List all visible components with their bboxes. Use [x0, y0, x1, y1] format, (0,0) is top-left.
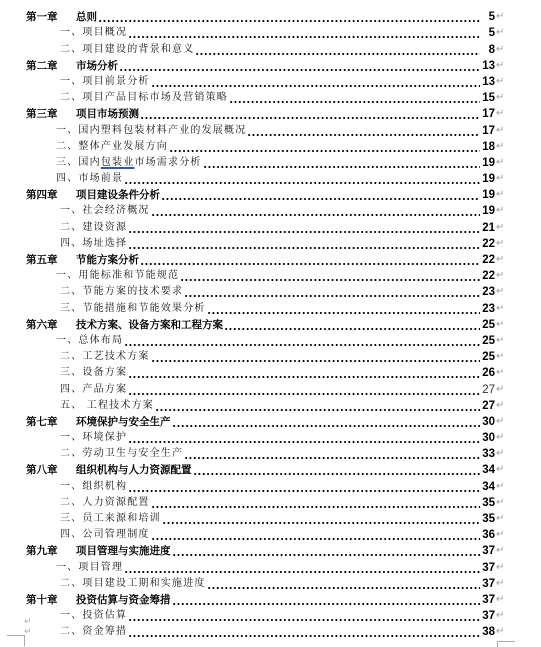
toc-entry-title-wrap: 第四章项目建设条件分析	[26, 188, 481, 202]
paragraph-mark-icon: ↵	[496, 528, 506, 542]
page-number: 23	[481, 285, 495, 299]
toc-section-entry[interactable]: 一、投资估算37↵	[26, 607, 506, 623]
toc-entry-title-wrap: 第五章节能方案分析	[26, 253, 481, 267]
page-number: 23	[481, 302, 495, 316]
chapter-number: 第七章	[26, 415, 76, 429]
toc-chapter-entry[interactable]: 第七章环境保护与安全生产30↵	[26, 413, 506, 429]
paragraph-mark-icon: ↵	[496, 140, 506, 154]
paragraph-mark-icon: ↵	[496, 561, 506, 575]
toc-entry-title: 一、项目概况	[60, 26, 127, 40]
dot-leader	[180, 270, 480, 282]
toc-entry-title: 三、设备方案	[60, 366, 127, 380]
page-number: 19	[481, 156, 495, 170]
toc-entry-title: 一、项目前景分析	[60, 75, 150, 89]
paragraph-mark-icon: ↵	[496, 383, 506, 397]
toc-chapter-entry[interactable]: 第三章项目市场预测17↵	[26, 105, 506, 121]
toc-section-entry[interactable]: 二、项目建设的背景和意义8↵	[26, 40, 506, 56]
dot-leader	[155, 400, 480, 412]
toc-section-entry[interactable]: 一、总体布局25↵	[26, 332, 506, 348]
toc-entry-title: 一、组织机构	[60, 480, 127, 494]
toc-entry-title: 技术方案、设备方案和工程方案	[76, 318, 223, 332]
toc-section-entry[interactable]: 二、节能方案的技术要求23↵	[26, 283, 506, 299]
page-number: 22	[481, 253, 495, 267]
toc-entry-title-wrap: 第三章项目市场预测	[26, 107, 481, 121]
dot-leader	[128, 626, 480, 638]
toc-entry-title-wrap: 一、总体布局	[56, 334, 481, 348]
toc-entry-title-wrap: 一、投资估算	[60, 609, 481, 623]
dot-leader	[124, 335, 480, 347]
paragraph-mark-icon: ↵	[496, 43, 506, 57]
paragraph-mark-icon: ↵	[496, 577, 506, 591]
page-number: 27	[481, 383, 495, 397]
empty-paragraph-mark: ↵	[24, 627, 32, 637]
toc-entry-title: 环境保护与安全生产	[76, 415, 171, 429]
toc-entry-title-wrap: 二、项目建设的背景和意义	[60, 43, 481, 57]
page-number: 22	[481, 237, 495, 251]
toc-section-entry[interactable]: 二、工艺技术方案25↵	[26, 348, 506, 364]
page-number: 25	[481, 334, 495, 348]
dot-leader	[184, 286, 480, 298]
toc-chapter-entry[interactable]: 第六章技术方案、设备方案和工程方案25↵	[26, 316, 506, 332]
toc-section-entry[interactable]: 一、环境保护30↵	[26, 429, 506, 445]
toc-entry-title: 项目市场预测	[76, 107, 139, 121]
dot-leader	[161, 189, 480, 201]
dot-leader	[128, 610, 480, 622]
toc-entry-title: 二、人力资源配置	[60, 496, 150, 510]
dot-leader	[151, 529, 480, 541]
toc-entry-title: 四、产品方案	[60, 383, 127, 397]
page-number: 19	[481, 188, 495, 202]
paragraph-mark-icon: ↵	[496, 544, 506, 558]
dot-leader	[247, 125, 480, 137]
dot-leader	[128, 27, 480, 39]
toc-entry-title: 二、劳动卫生与安全生产	[60, 447, 183, 461]
toc-entry-title-wrap: 二、建设资源	[60, 221, 481, 235]
toc-entry-title: 四、市场前景	[56, 172, 123, 186]
page-number: 37	[481, 577, 495, 591]
chapter-number: 第八章	[26, 463, 76, 477]
toc-entry-title: 一、用能标准和节能规范	[56, 269, 179, 283]
toc-section-entry[interactable]: 五、 工程技术方案27↵	[26, 397, 506, 413]
toc-chapter-entry[interactable]: 第一章总则5↵	[26, 8, 506, 24]
toc-entry-title: 一、社会经济概况	[60, 204, 150, 218]
toc-entry-title: 总则	[76, 10, 97, 24]
toc-section-entry[interactable]: 四、产品方案27↵	[26, 380, 506, 396]
page-number: 30	[481, 431, 495, 445]
toc-section-entry[interactable]: 一、项目前景分析13↵	[26, 73, 506, 89]
toc-section-entry[interactable]: 一、国内塑料包装材料产业的发展概况17↵	[26, 121, 506, 137]
page-number: 37	[481, 561, 495, 575]
dot-leader	[172, 416, 481, 428]
page-corner-marker-right	[497, 641, 515, 647]
toc-entry-title-wrap: 一、项目管理	[56, 561, 481, 575]
toc-section-entry[interactable]: 三、员工来源和培训35↵	[26, 510, 506, 526]
page-number: 17	[481, 107, 495, 121]
paragraph-mark-icon: ↵	[496, 26, 506, 40]
dot-leader	[140, 254, 480, 266]
paragraph-mark-icon: ↵	[496, 399, 506, 413]
toc-section-entry[interactable]: 二、项目建设工期和实施进度37↵	[26, 575, 506, 591]
toc-entry-title: 三、员工来源和培训	[60, 512, 161, 526]
toc-entry-title: 项目管理与实施进度	[76, 544, 171, 558]
toc-section-entry[interactable]: 二、人力资源配置35↵	[26, 494, 506, 510]
toc-entry-title-wrap: 一、项目前景分析	[60, 75, 481, 89]
page-number: 37	[481, 593, 495, 607]
paragraph-mark-icon: ↵	[496, 318, 506, 332]
chapter-number: 第九章	[26, 544, 76, 558]
page-number: 8	[481, 43, 495, 57]
chapter-number: 第十章	[26, 593, 76, 607]
dot-leader	[128, 432, 480, 444]
toc-entry-title: 二、资金筹措	[60, 625, 127, 639]
table-of-contents: 第一章总则5↵一、项目概况5↵二、项目建设的背景和意义8↵第二章市场分析13↵一…	[26, 8, 506, 639]
page-number: 35	[481, 496, 495, 510]
page-number: 37	[481, 544, 495, 558]
toc-entry-title-wrap: 第八章组织机构与人力资源配置	[26, 463, 481, 477]
toc-entry-title-wrap: 四、产品方案	[60, 383, 481, 397]
dot-leader	[140, 108, 480, 120]
dot-leader	[151, 76, 480, 88]
paragraph-mark-icon: ↵	[496, 593, 506, 607]
dot-leader	[207, 303, 480, 315]
toc-entry-title-wrap: 四、场址选择	[60, 237, 481, 251]
toc-entry-title-wrap: 二、项目建设工期和实施进度	[60, 577, 481, 591]
chapter-number: 第一章	[26, 10, 76, 24]
toc-entry-title-wrap: 一、国内塑料包装材料产业的发展概况	[56, 124, 481, 138]
toc-section-entry[interactable]: 一、项目管理37↵	[26, 558, 506, 574]
page-number: 25	[481, 318, 495, 332]
paragraph-mark-icon: ↵	[496, 302, 506, 316]
toc-entry-title-wrap: 二、节能方案的技术要求	[60, 285, 481, 299]
dot-leader	[229, 92, 480, 104]
toc-entry-title-wrap: 五、 工程技术方案	[60, 399, 481, 413]
toc-entry-title: 二、项目建设的背景和意义	[60, 43, 194, 57]
toc-section-entry[interactable]: 一、组织机构34↵	[26, 477, 506, 493]
dot-leader	[124, 173, 480, 185]
toc-entry-title: 三、节能措施和节能效果分析	[60, 302, 206, 316]
chapter-number: 第六章	[26, 318, 76, 332]
toc-section-entry[interactable]: 三、设备方案26↵	[26, 364, 506, 380]
toc-entry-title: 二、项目建设工期和实施进度	[60, 577, 206, 591]
toc-entry-title: 一、环境保护	[60, 431, 127, 445]
toc-section-entry[interactable]: 二、整体产业发展方向18↵	[26, 138, 506, 154]
paragraph-mark-icon: ↵	[496, 463, 506, 477]
toc-entry-title: 二、整体产业发展方向	[56, 140, 168, 154]
paragraph-mark-icon: ↵	[496, 269, 506, 283]
toc-entry-title-wrap: 第一章总则	[26, 10, 481, 24]
toc-chapter-entry[interactable]: 第二章市场分析13↵	[26, 57, 506, 73]
page-number: 22	[481, 269, 495, 283]
dot-leader	[98, 11, 480, 23]
empty-paragraph-mark: ↵	[24, 617, 32, 627]
paragraph-mark-icon: ↵	[496, 609, 506, 623]
paragraph-mark-icon: ↵	[496, 204, 506, 218]
toc-entry-title: 一、项目管理	[56, 561, 123, 575]
toc-entry-title-wrap: 二、项目产品目标市场及营销策略	[60, 91, 481, 105]
page-number: 5	[481, 10, 495, 24]
toc-section-entry[interactable]: 二、项目产品目标市场及营销策略15↵	[26, 89, 506, 105]
title-text: 三、国内	[56, 157, 101, 168]
paragraph-mark-icon: ↵	[496, 334, 506, 348]
page-corner-marker-left	[7, 635, 25, 646]
paragraph-mark-icon: ↵	[496, 188, 506, 202]
paragraph-mark-icon: ↵	[496, 415, 506, 429]
toc-section-entry[interactable]: 四、市场前景19↵	[26, 170, 506, 186]
toc-entry-title-wrap: 三、员工来源和培训	[60, 512, 481, 526]
toc-entry-title-wrap: 第七章环境保护与安全生产	[26, 415, 481, 429]
dot-leader	[128, 222, 480, 234]
dot-leader	[128, 367, 480, 379]
paragraph-mark-icon: ↵	[496, 172, 506, 186]
toc-entry-title-wrap: 二、资金筹措	[60, 625, 481, 639]
page-number: 38	[481, 625, 495, 639]
page-number: 19	[481, 204, 495, 218]
page-number: 33	[481, 447, 495, 461]
paragraph-mark-icon: ↵	[496, 350, 506, 364]
toc-entry-title: 项目建设条件分析	[76, 188, 160, 202]
toc-entry-title: 三、国内包装业市场需求分析	[56, 156, 202, 170]
toc-entry-title: 二、工艺技术方案	[60, 350, 150, 364]
paragraph-mark-icon: ↵	[496, 366, 506, 380]
toc-entry-title-wrap: 二、工艺技术方案	[60, 350, 481, 364]
paragraph-mark-icon: ↵	[496, 124, 506, 138]
toc-entry-title: 二、建设资源	[60, 221, 127, 235]
page-number: 17	[481, 124, 495, 138]
toc-entry-title: 四、场址选择	[60, 237, 127, 251]
dot-leader	[151, 497, 480, 509]
toc-section-entry[interactable]: 四、场址选择22↵	[26, 235, 506, 251]
toc-chapter-entry[interactable]: 第八章组织机构与人力资源配置34↵	[26, 461, 506, 477]
dot-leader	[151, 205, 480, 217]
page-number: 34	[481, 480, 495, 494]
toc-chapter-entry[interactable]: 第九章项目管理与实施进度37↵	[26, 542, 506, 558]
toc-entry-title: 投资估算与资金筹措	[76, 593, 171, 607]
toc-section-entry[interactable]: 三、节能措施和节能效果分析23↵	[26, 299, 506, 315]
toc-entry-title: 二、项目产品目标市场及营销策略	[60, 91, 228, 105]
dot-leader	[151, 351, 480, 363]
toc-entry-title: 二、节能方案的技术要求	[60, 285, 183, 299]
toc-chapter-entry[interactable]: 第四章项目建设条件分析19↵	[26, 186, 506, 202]
toc-section-entry[interactable]: 二、建设资源21↵	[26, 218, 506, 234]
paragraph-mark-icon: ↵	[496, 10, 506, 24]
toc-section-entry[interactable]: 一、项目概况5↵	[26, 24, 506, 40]
page-number: 37	[481, 609, 495, 623]
toc-entry-title-wrap: 一、项目概况	[60, 26, 481, 40]
page-number: 25	[481, 350, 495, 364]
paragraph-mark-icon: ↵	[496, 447, 506, 461]
page-number: 18	[481, 140, 495, 154]
paragraph-mark-icon: ↵	[496, 253, 506, 267]
dot-leader	[193, 464, 481, 476]
dot-leader	[207, 578, 480, 590]
paragraph-mark-icon: ↵	[496, 625, 506, 639]
toc-entry-title-wrap: 一、组织机构	[60, 480, 481, 494]
dot-leader	[224, 319, 480, 331]
toc-chapter-entry[interactable]: 第十章投资估算与资金筹措37↵	[26, 591, 506, 607]
spellcheck-flagged-text[interactable]: 包装业	[101, 157, 135, 168]
dot-leader	[124, 562, 480, 574]
toc-entry-title: 五、 工程技术方案	[60, 399, 154, 413]
toc-entry-title: 组织机构与人力资源配置	[76, 463, 192, 477]
toc-entry-title-wrap: 第九章项目管理与实施进度	[26, 544, 481, 558]
toc-entry-title: 一、总体布局	[56, 334, 123, 348]
toc-entry-title: 一、国内塑料包装材料产业的发展概况	[56, 124, 246, 138]
toc-chapter-entry[interactable]: 第五章节能方案分析22↵	[26, 251, 506, 267]
title-text: 市场需求分析	[134, 157, 201, 168]
paragraph-mark-icon: ↵	[496, 156, 506, 170]
dot-leader	[119, 60, 480, 72]
page-number: 30	[481, 415, 495, 429]
dot-leader	[203, 157, 480, 169]
dot-leader	[128, 384, 480, 396]
paragraph-mark-icon: ↵	[496, 496, 506, 510]
chapter-number: 第三章	[26, 107, 76, 121]
paragraph-mark-icon: ↵	[496, 107, 506, 121]
page-number: 13	[481, 75, 495, 89]
chapter-number: 第二章	[26, 59, 76, 73]
toc-entry-title-wrap: 一、社会经济概况	[60, 204, 481, 218]
paragraph-mark-icon: ↵	[496, 91, 506, 105]
toc-entry-title-wrap: 一、环境保护	[60, 431, 481, 445]
dot-leader	[195, 44, 480, 56]
page-number: 34	[481, 463, 495, 477]
toc-entry-title-wrap: 三、设备方案	[60, 366, 481, 380]
paragraph-mark-icon: ↵	[496, 431, 506, 445]
dot-leader	[172, 594, 481, 606]
toc-entry-title-wrap: 四、市场前景	[56, 172, 481, 186]
toc-entry-title-wrap: 四、公司管理制度	[60, 528, 481, 542]
toc-entry-title-wrap: 一、用能标准和节能规范	[56, 269, 481, 283]
toc-entry-title-wrap: 二、整体产业发展方向	[56, 140, 481, 154]
toc-entry-title-wrap: 第六章技术方案、设备方案和工程方案	[26, 318, 481, 332]
page-number: 13	[481, 59, 495, 73]
dot-leader	[128, 481, 480, 493]
dot-leader	[128, 238, 480, 250]
dot-leader	[162, 513, 480, 525]
page-number: 5	[481, 26, 495, 40]
dot-leader	[169, 141, 480, 153]
page-number: 15	[481, 91, 495, 105]
paragraph-mark-icon: ↵	[496, 221, 506, 235]
toc-section-entry[interactable]: 三、国内包装业市场需求分析19↵	[26, 154, 506, 170]
page-number: 35	[481, 512, 495, 526]
paragraph-mark-icon: ↵	[496, 480, 506, 494]
page-number: 36	[481, 528, 495, 542]
toc-section-entry[interactable]: 一、社会经济概况19↵	[26, 202, 506, 218]
toc-entry-title-wrap: 第十章投资估算与资金筹措	[26, 593, 481, 607]
toc-entry-title-wrap: 二、劳动卫生与安全生产	[60, 447, 481, 461]
chapter-number: 第五章	[26, 253, 76, 267]
toc-entry-title-wrap: 二、人力资源配置	[60, 496, 481, 510]
dot-leader	[172, 545, 481, 557]
toc-section-entry[interactable]: 四、公司管理制度36↵	[26, 526, 506, 542]
toc-entry-title: 一、投资估算	[60, 609, 127, 623]
paragraph-mark-icon: ↵	[496, 285, 506, 299]
toc-entry-title-wrap: 三、节能措施和节能效果分析	[60, 302, 481, 316]
toc-section-entry[interactable]: 一、用能标准和节能规范22↵	[26, 267, 506, 283]
page-number: 19	[481, 172, 495, 186]
paragraph-mark-icon: ↵	[496, 59, 506, 73]
toc-entry-title: 市场分析	[76, 59, 118, 73]
dot-leader	[184, 448, 480, 460]
page-number: 27	[481, 399, 495, 413]
toc-entry-title: 节能方案分析	[76, 253, 139, 267]
page-number: 21	[481, 221, 495, 235]
toc-section-entry[interactable]: 二、劳动卫生与安全生产33↵	[26, 445, 506, 461]
chapter-number: 第四章	[26, 188, 76, 202]
toc-entry-title: 四、公司管理制度	[60, 528, 150, 542]
toc-entry-title-wrap: 第二章市场分析	[26, 59, 481, 73]
paragraph-mark-icon: ↵	[496, 512, 506, 526]
toc-entry-title-wrap: 三、国内包装业市场需求分析	[56, 156, 481, 170]
toc-section-entry[interactable]: 二、资金筹措38↵	[26, 623, 506, 639]
paragraph-mark-icon: ↵	[496, 237, 506, 251]
paragraph-mark-icon: ↵	[496, 75, 506, 89]
page-number: 26	[481, 366, 495, 380]
